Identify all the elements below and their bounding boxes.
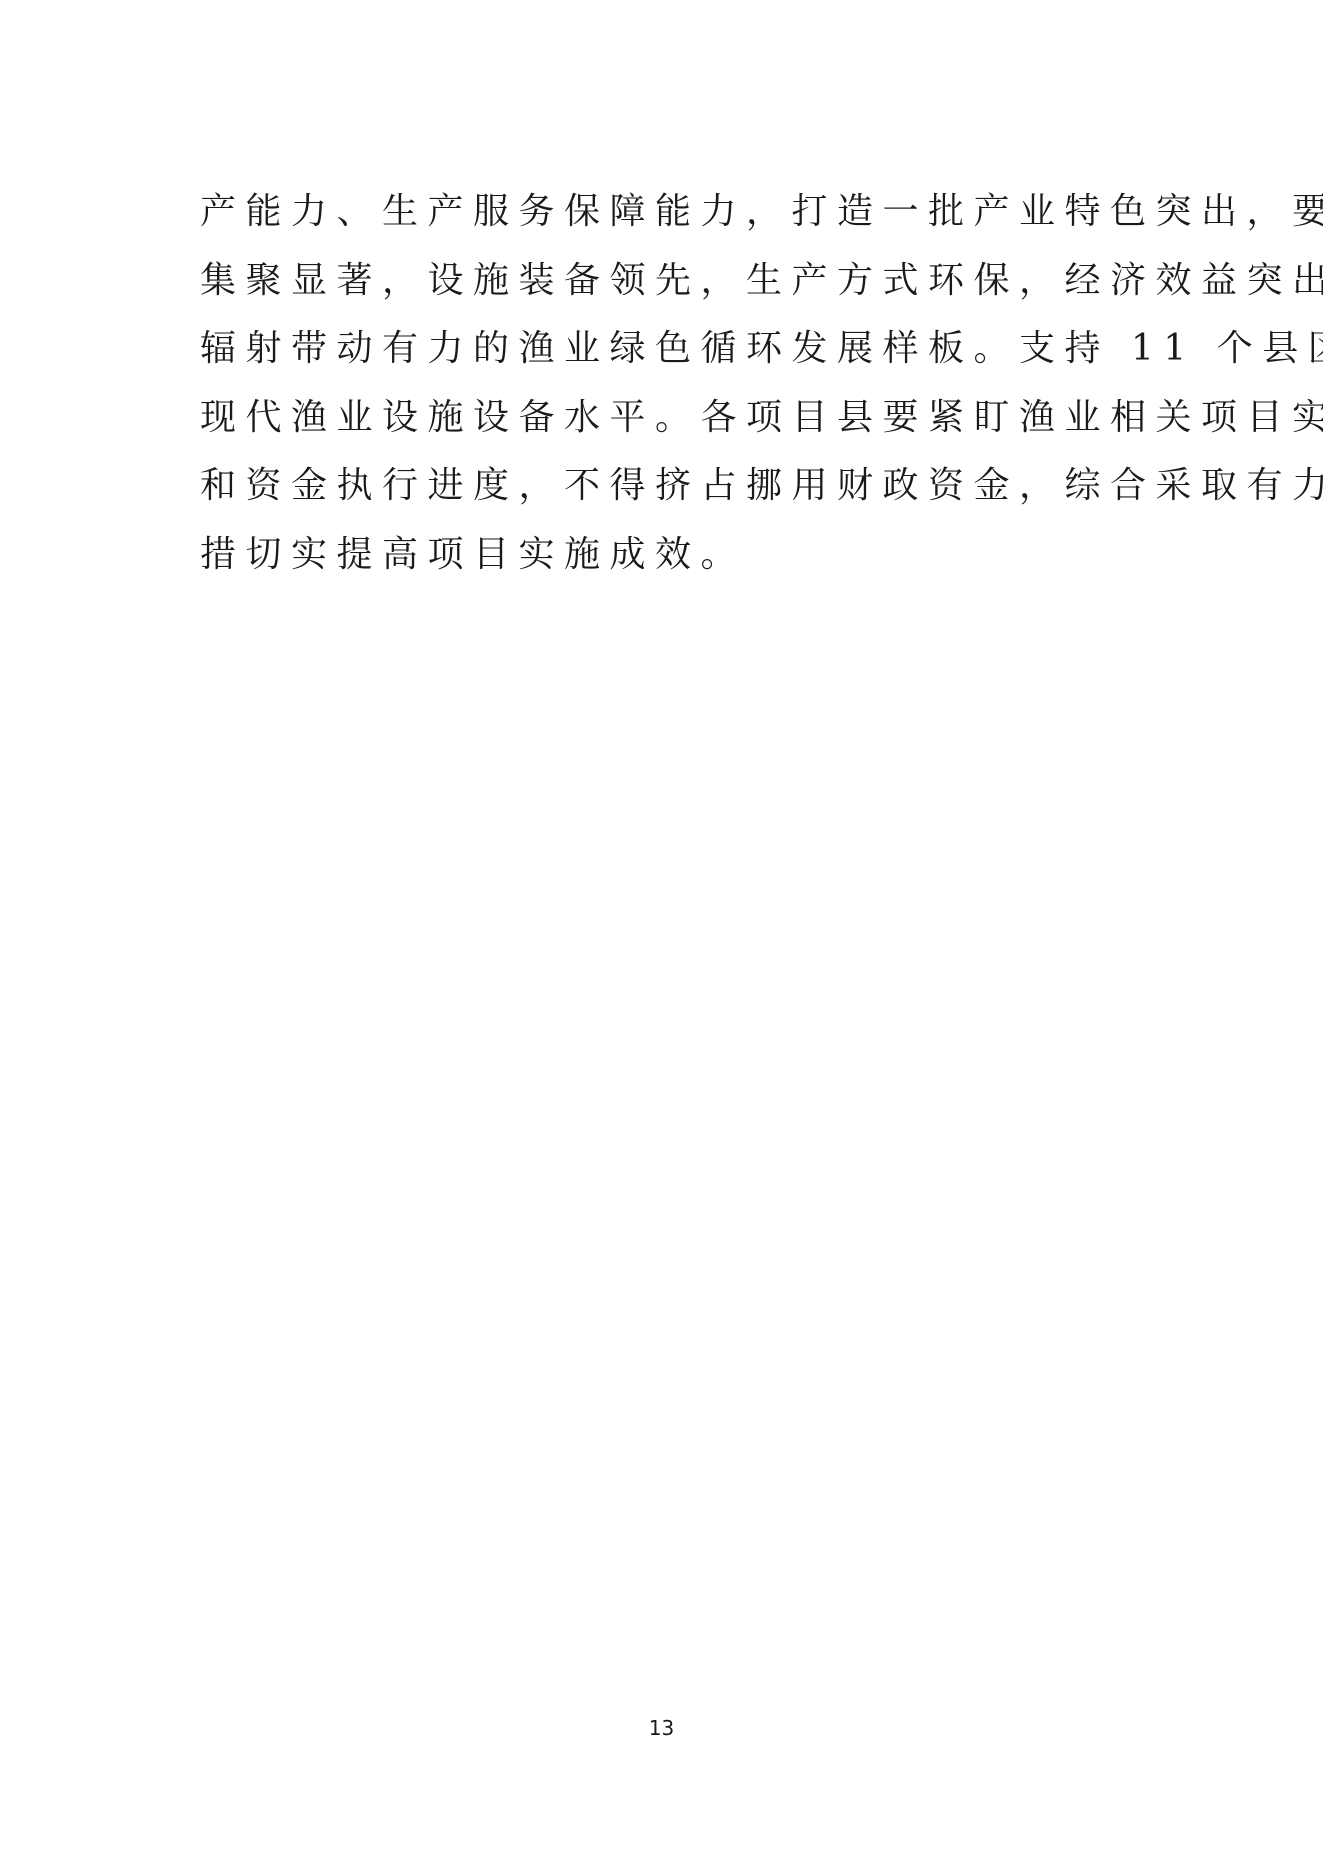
text-line: 现代渔业设施设备水平。各项目县要紧盯渔业相关项目实施 (200, 384, 1140, 453)
text-line: 集聚显著，设施装备领先，生产方式环保，经济效益突出， (200, 247, 1140, 316)
text-line: 辐射带动有力的渔业绿色循环发展样板。支持 11 个县区提升 (200, 315, 1140, 384)
document-page: 产能力、生产服务保障能力，打造一批产业特色突出，要素 集聚显著，设施装备领先，生… (0, 0, 1323, 1871)
body-paragraph: 产能力、生产服务保障能力，打造一批产业特色突出，要素 集聚显著，设施装备领先，生… (200, 178, 1140, 589)
text-line: 产能力、生产服务保障能力，打造一批产业特色突出，要素 (200, 178, 1140, 247)
page-number: 13 (0, 1716, 1323, 1740)
text-line: 措切实提高项目实施成效。 (200, 521, 1140, 590)
text-line: 和资金执行进度，不得挤占挪用财政资金，综合采取有力举 (200, 452, 1140, 521)
